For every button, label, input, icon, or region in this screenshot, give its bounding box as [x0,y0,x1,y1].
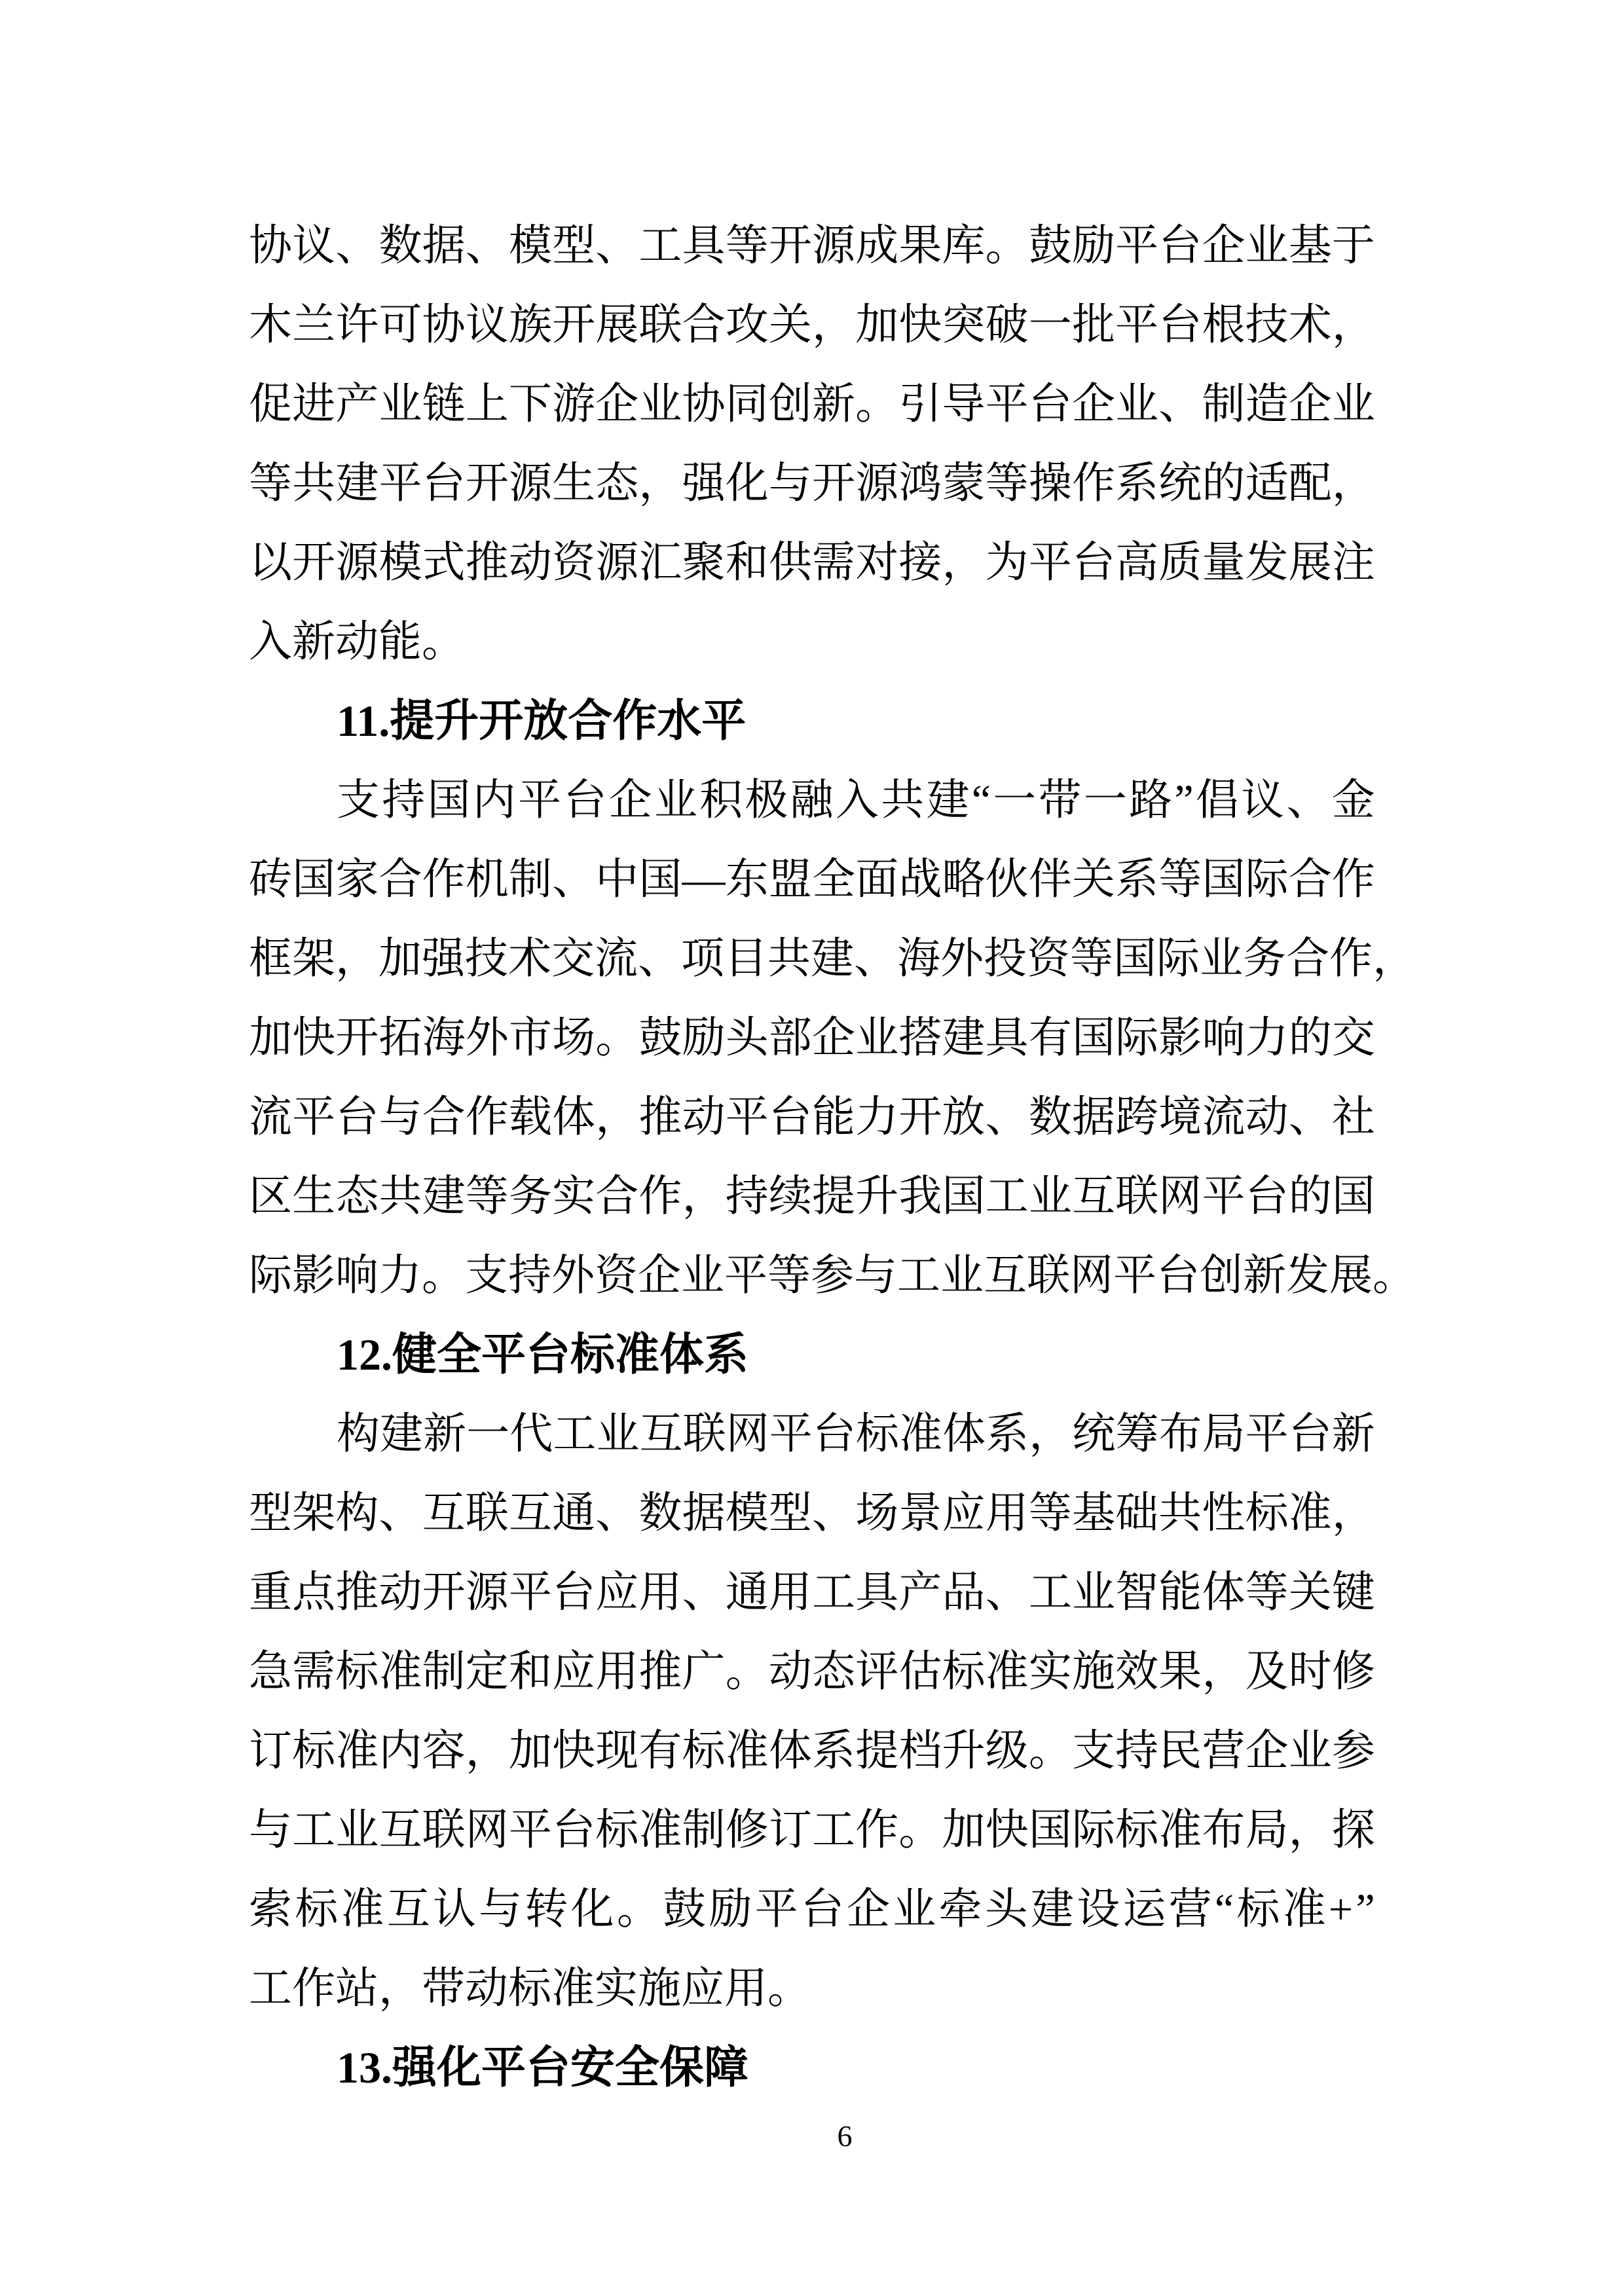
body-line: 际影响力。支持外资企业平等参与工业互联网平台创新发展。 [249,1236,1375,1315]
body-line: 框架，加强技术交流、项目共建、海外投资等国际业务合作， [249,919,1375,998]
body-line: 促进产业链上下游企业协同创新。引导平台企业、制造企业 [249,365,1375,444]
section-12: 12.健全平台标准体系 构建新一代工业互联网平台标准体系，统筹布局平台新 型架构… [249,1315,1375,2028]
intro-paragraph: 协议、数据、模型、工具等开源成果库。鼓励平台企业基于 木兰许可协议族开展联合攻关… [249,206,1375,682]
section-11: 11.提升开放合作水平 支持国内平台企业积极融入共建“一带一路”倡议、金 砖国家… [249,682,1375,1315]
body-line: 急需标准制定和应用推广。动态评估标准实施效果，及时修 [249,1632,1375,1711]
text-block: 协议、数据、模型、工具等开源成果库。鼓励平台企业基于 木兰许可协议族开展联合攻关… [249,206,1375,2107]
body-line: 重点推动开源平台应用、通用工具产品、工业智能体等关键 [249,1553,1375,1632]
section-12-heading: 12.健全平台标准体系 [249,1315,1375,1394]
body-line: 协议、数据、模型、工具等开源成果库。鼓励平台企业基于 [249,206,1375,285]
body-line: 木兰许可协议族开展联合攻关，加快突破一批平台根技术， [249,285,1375,365]
body-line: 索标准互认与转化。鼓励平台企业牵头建设运营“标准+” [249,1870,1375,1949]
body-line: 流平台与合作载体，推动平台能力开放、数据跨境流动、社 [249,1078,1375,1157]
body-line: 工作站，带动标准实施应用。 [249,1949,1375,2028]
document-page: 协议、数据、模型、工具等开源成果库。鼓励平台企业基于 木兰许可协议族开展联合攻关… [0,0,1624,2296]
body-line: 支持国内平台企业积极融入共建“一带一路”倡议、金 [249,761,1375,840]
section-11-heading: 11.提升开放合作水平 [249,682,1375,761]
body-line: 型架构、互联互通、数据模型、场景应用等基础共性标准， [249,1474,1375,1553]
body-line: 区生态共建等务实合作，持续提升我国工业互联网平台的国 [249,1157,1375,1236]
body-line: 以开源模式推动资源汇聚和供需对接，为平台高质量发展注 [249,523,1375,602]
body-line: 等共建平台开源生态，强化与开源鸿蒙等操作系统的适配， [249,444,1375,523]
body-line: 入新动能。 [249,602,1375,682]
body-line: 与工业互联网平台标准制修订工作。加快国际标准布局，探 [249,1791,1375,1870]
body-line: 构建新一代工业互联网平台标准体系，统筹布局平台新 [249,1394,1375,1474]
body-line: 加快开拓海外市场。鼓励头部企业搭建具有国际影响力的交 [249,998,1375,1078]
body-line: 订标准内容，加快现有标准体系提档升级。支持民营企业参 [249,1711,1375,1791]
section-13-heading: 13.强化平台安全保障 [249,2028,1375,2107]
body-line: 砖国家合作机制、中国—东盟全面战略伙伴关系等国际合作 [249,840,1375,919]
section-13: 13.强化平台安全保障 [249,2028,1375,2107]
page-number: 6 [796,2120,894,2153]
